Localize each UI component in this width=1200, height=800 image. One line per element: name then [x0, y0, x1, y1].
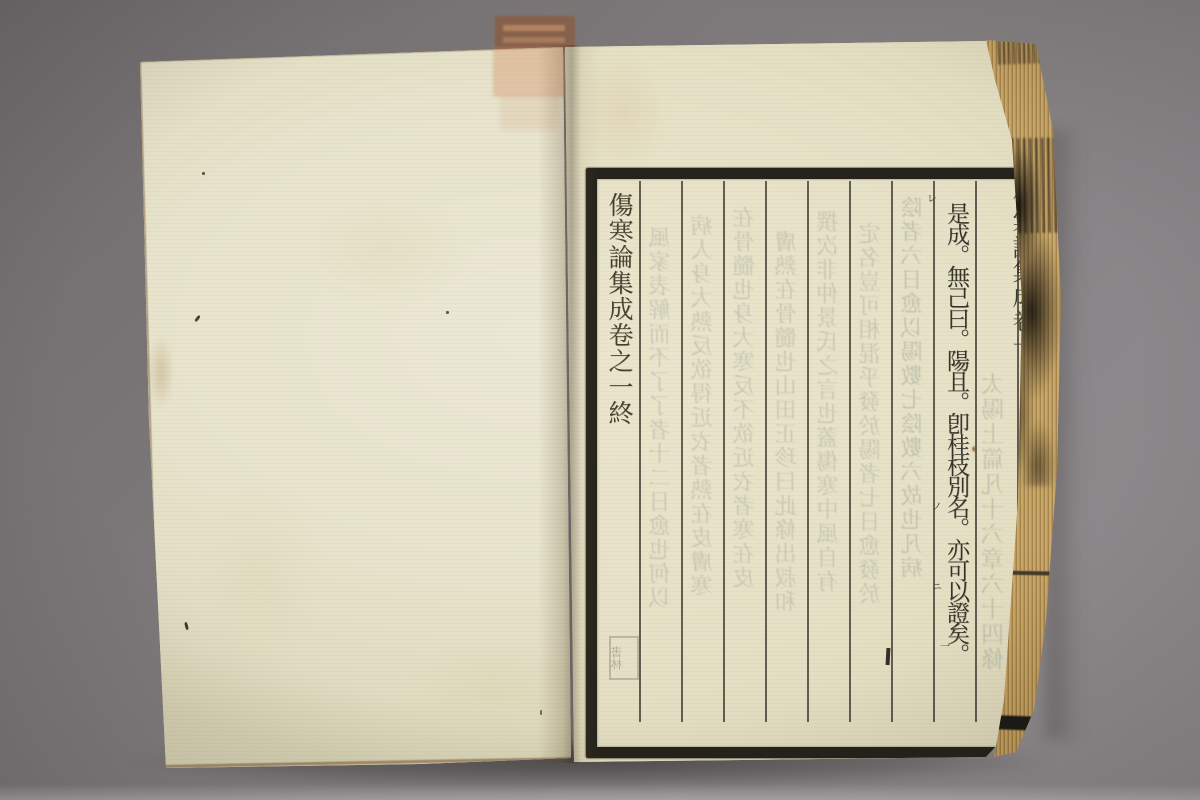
bleedthrough-colophon-box: 書林	[609, 636, 639, 680]
paper-stain	[195, 470, 325, 680]
brown-stain-spot	[971, 445, 977, 453]
kunten-reading-mark: ノ	[932, 498, 942, 513]
bleedthrough-column: 陰者六日愈以陽數七陰數六故也凡病	[903, 196, 925, 580]
gutter-shadow	[538, 45, 602, 763]
bleedthrough-column: 膚熱在骨髓也山田正珍曰此條出叔和	[777, 230, 799, 614]
paper-stain	[300, 190, 470, 310]
paper-speck	[446, 311, 449, 314]
paper-speck	[184, 622, 189, 630]
kunten-reading-mark: 一	[940, 638, 950, 653]
paper-speck	[202, 172, 205, 175]
bleedthrough-column: 定名豈可相混乎發於陽者七日愈發於	[861, 222, 883, 606]
bleedthrough-column: 撰次非仲景氏之言也蓋傷寒中風自有	[819, 210, 841, 594]
volume-end-column: 傷寒論集成卷之一終	[607, 192, 632, 426]
page-left-edge	[139, 60, 161, 766]
bleedthrough-column-chapter-mark: 太陽上篇凡十六章六十四條	[984, 372, 1007, 672]
bleedthrough-column: 在骨髓也身大寒反不欲近衣者寒在皮	[735, 206, 757, 590]
kunten-reading-mark: ニ	[932, 578, 942, 593]
main-text-column: 是成。無己曰。陽且。卽桂枝別名。亦可以證矣。	[944, 202, 967, 664]
paper-speck	[194, 315, 201, 322]
paper-stain	[148, 335, 174, 410]
fore-edge-ink-speckle	[998, 39, 1041, 64]
bleedthrough-column: 病人身大熱反欲得近衣者熱在皮膚寒	[693, 214, 715, 598]
kunten-reading-mark: レ	[927, 190, 937, 205]
bleedthrough-column: 風家表解而不了了者十二日愈也何以	[651, 226, 673, 610]
photo-of-open-woodblock-book: 風家表解而不了了者十二日愈也何以 病人身大熱反欲得近衣者熱在皮膚寒 在骨髓也身大…	[0, 0, 1200, 800]
